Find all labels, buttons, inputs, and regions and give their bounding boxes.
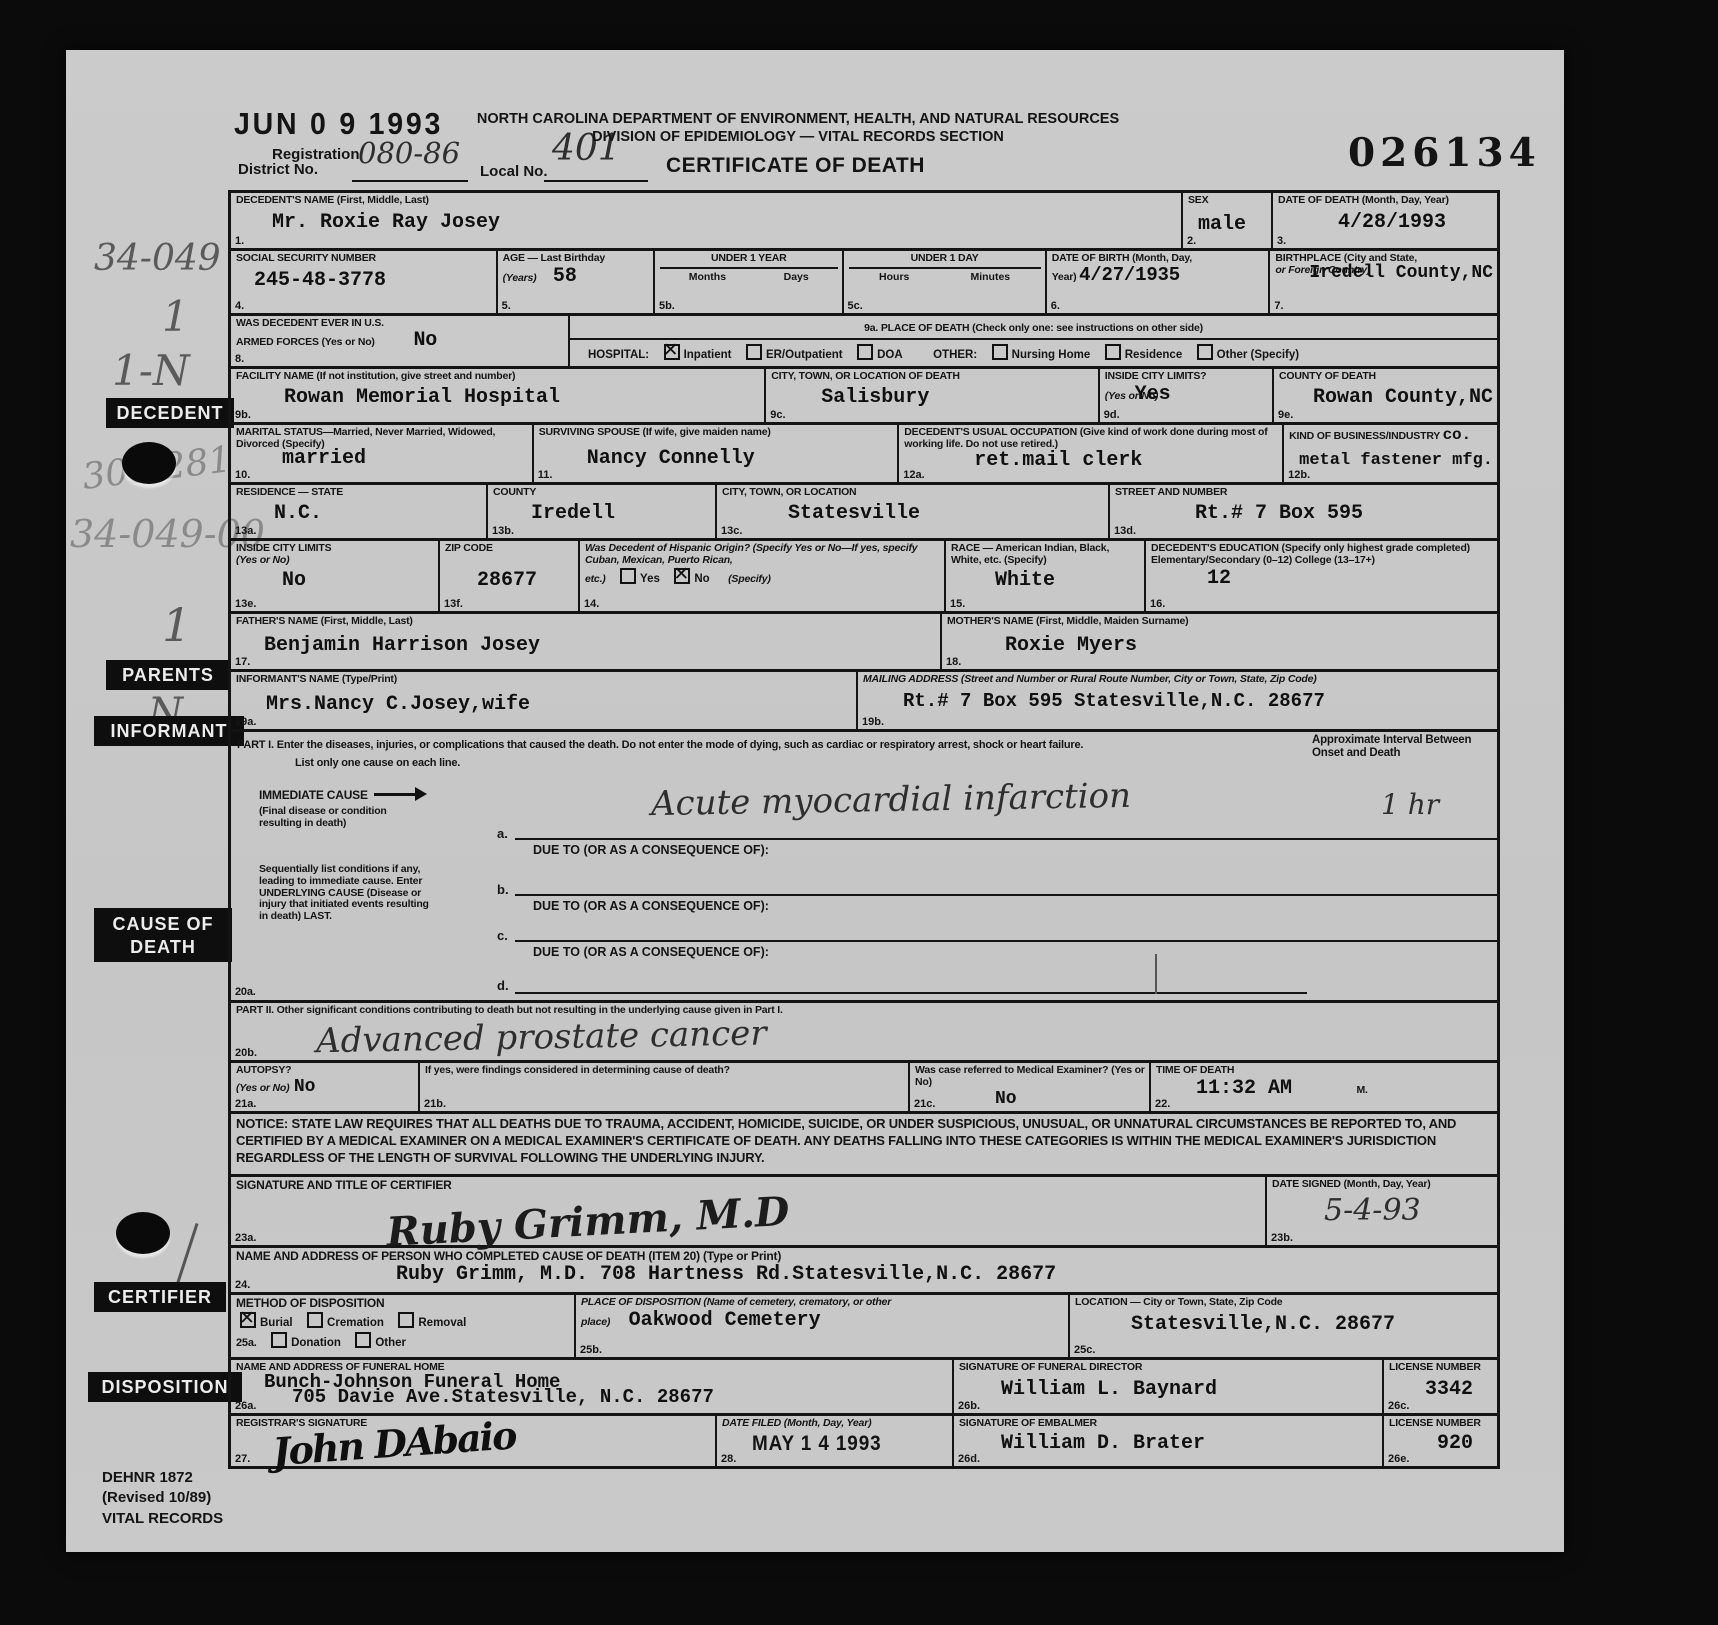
completed-by-value: Ruby Grimm, M.D. 708 Hartness Rd.Statesv… [396,1263,1493,1286]
field-zip-code: ZIP CODE 28677 13f. [438,541,578,611]
section-label-certifier: CERTIFIER [94,1282,226,1312]
field-age: AGE — Last Birthday (Years) 58 5. [496,251,653,313]
field-place-of-death: 9a. PLACE OF DEATH (Check only one: see … [568,316,1497,366]
removal-checkbox [398,1312,414,1328]
section-label-parents: PARENTS [106,660,230,690]
age-value: 58 [553,265,577,288]
mother-name-value: Roxie Myers [1005,634,1493,657]
field-city-of-death: CITY, TOWN, OR LOCATION OF DEATH Salisbu… [764,369,1098,422]
stray-pen-mark [1155,954,1157,994]
field-race: RACE — American Indian, Black, White, et… [944,541,1144,611]
field-armed-forces: WAS DECEDENT EVER IN U.S. ARMED FORCES (… [231,316,568,366]
field-mailing-address: MAILING ADDRESS (Street and Number or Ru… [856,672,1497,729]
field-decedent-name: DECEDENT'S NAME (First, Middle, Last) Mr… [231,193,1181,248]
death-city-limits-value: Yes [1135,383,1171,406]
funeral-director-value: William L. Baynard [1001,1378,1378,1401]
ssn-value: 245-48-3778 [254,269,492,292]
interval-a-value: 1 hr [1381,788,1439,821]
arrow-icon [374,793,416,796]
residence-city-value: Statesville [788,502,1104,525]
local-number-label: Local No. [480,163,548,180]
field-completed-by: NAME AND ADDRESS OF PERSON WHO COMPLETED… [231,1248,1497,1292]
field-part2: PART II. Other significant conditions co… [231,1003,1497,1060]
field-hispanic-origin: Was Decedent of Hispanic Origin? (Specif… [578,541,944,611]
decedent-name-value: Mr. Roxie Ray Josey [272,211,1177,234]
embalmer-license-value: 920 [1437,1432,1493,1455]
form-number: DEHNR 1872 [102,1468,223,1488]
part1-header: PART I. Enter the diseases, injuries, or… [237,739,1083,751]
burial-checkbox [240,1312,256,1328]
field-sex: SEX male 2. [1181,193,1271,248]
field-director-license: LICENSE NUMBER 3342 26c. [1382,1360,1497,1413]
field-autopsy: AUTOPSY? (Yes or No) No 21a. [231,1063,418,1111]
doa-checkbox [857,344,873,360]
section-label-decedent: DECEDENT [106,398,234,428]
sex-value: male [1198,213,1267,236]
margin-handwriting-34049: 34-049 [94,238,221,279]
field-birthplace: BIRTHPLACE (City and State, or Foreign C… [1268,251,1497,313]
disposition-location-value: Statesville,N.C. 28677 [1131,1313,1493,1336]
field-date-signed: DATE SIGNED (Month, Day, Year) 5-4-93 23… [1265,1177,1497,1245]
field-findings: If yes, were findings considered in dete… [418,1063,908,1111]
field-street-number: STREET AND NUMBER Rt.# 7 Box 595 13d. [1108,485,1497,538]
field-informant-name: INFORMANT'S NAME (Type/Print) Mrs.Nancy … [231,672,856,729]
birthplace-value: Iredell County,NC [1309,263,1493,283]
department-line1: NORTH CAROLINA DEPARTMENT OF ENVIRONMENT… [418,110,1178,128]
education-value: 12 [1207,567,1493,590]
date-signed-value: 5-4-93 [1324,1193,1493,1228]
field-education: DECEDENT'S EDUCATION (Specify only highe… [1144,541,1497,611]
other-disposition-checkbox [355,1332,371,1348]
field-occupation: DECEDENT'S USUAL OCCUPATION (Give kind o… [897,425,1282,482]
informant-name-value: Mrs.Nancy C.Josey,wife [266,693,852,716]
hole-punch-bottom [116,1212,170,1254]
street-number-value: Rt.# 7 Box 595 [1195,502,1493,525]
industry-overflow: co. [1443,426,1471,444]
form-revised: (Revised 10/89) [102,1488,223,1508]
certificate-paper: JUN 0 9 1993 Registration District No. 0… [66,50,1564,1552]
autopsy-value: No [294,1077,316,1097]
field-mother-name: MOTHER'S NAME (First, Middle, Maiden Sur… [940,614,1497,669]
field-medical-examiner: Was case referred to Medical Examiner? (… [908,1063,1149,1111]
field-surviving-spouse: SURVIVING SPOUSE (If wife, give maiden n… [532,425,898,482]
armed-forces-value: No [413,329,437,352]
hole-punch-top [122,442,176,484]
cause-line-d [515,992,1307,994]
district-number-label: District No. [238,161,318,178]
field-under-1-day: UNDER 1 DAY Hours Minutes 5c. [842,251,1045,313]
cause-line-a [515,838,1307,840]
department-heading: NORTH CAROLINA DEPARTMENT OF ENVIRONMENT… [418,110,1178,146]
er-outpatient-checkbox [746,344,762,360]
field-father-name: FATHER'S NAME (First, Middle, Last) Benj… [231,614,940,669]
time-of-death-value: 11:32 AM [1196,1077,1292,1100]
part1-immediate-cause-label: IMMEDIATE CAUSE (Final disease or condit… [259,786,489,830]
field-embalmer-license: LICENSE NUMBER 920 26e. [1382,1416,1497,1466]
notice-text: NOTICE: STATE LAW REQUIRES THAT ALL DEAT… [236,1116,1493,1167]
field-certifier-signature: SIGNATURE AND TITLE OF CERTIFIER Ruby Gr… [231,1177,1265,1245]
date-of-birth-value: 4/27/1935 [1079,264,1180,286]
field-ssn: SOCIAL SECURITY NUMBER 245-48-3778 4. [231,251,496,313]
certifier-signature-value: Ruby Grimm, M.D [385,1164,1261,1257]
date-filed-value: MAY 1 4 1993 [752,1432,928,1456]
cause-line-b [515,894,1307,896]
field-facility-name: FACILITY NAME (If not institution, give … [231,369,764,422]
part1-number: 20a. [235,986,256,998]
mailing-address-value: Rt.# 7 Box 595 Statesville,N.C. 28677 [903,690,1493,712]
certificate-form: DECEDENT'S NAME (First, Middle, Last) Mr… [228,190,1500,1469]
place-of-disposition-value: Oakwood Cemetery [629,1309,821,1332]
part1-sequential-label: Sequentially list conditions if any, lea… [259,864,439,923]
cause-a-value: Acute myocardial infarction [651,776,1132,824]
field-registrar-signature: REGISTRAR'S SIGNATURE John DAbaio 27. [231,1416,715,1466]
form-number-block: DEHNR 1872 (Revised 10/89) VITAL RECORDS [102,1468,223,1529]
county-of-death-value: Rowan County,NC [1313,386,1493,409]
inpatient-checkbox [664,344,680,360]
field-method-of-disposition: METHOD OF DISPOSITION Burial Cremation R… [231,1295,574,1357]
field-place-of-disposition: PLACE OF DISPOSITION (Name of cemetery, … [574,1295,1068,1357]
field-under-1-year: UNDER 1 YEAR Months Days 5b. [653,251,842,313]
margin-handwriting-1b: 1 [162,598,191,652]
field-death-city-limits: INSIDE CITY LIMITS? (Yes or No) Yes 9d. [1098,369,1272,422]
field-residence-city-limits: INSIDE CITY LIMITS (Yes or No) No 13e. [231,541,438,611]
time-of-death-suffix: M. [1356,1084,1367,1096]
marital-status-value: married [282,447,528,470]
certificate-number: 026134 [1348,130,1541,176]
hispanic-yes-checkbox [620,568,636,584]
vital-records: VITAL RECORDS [102,1509,223,1529]
field-funeral-director: SIGNATURE OF FUNERAL DIRECTOR William L.… [952,1360,1382,1413]
interval-label: Approximate Interval Between Onset and D… [1312,734,1493,760]
cause-line-c [515,940,1307,942]
field-industry: KIND OF BUSINESS/INDUSTRY co. metal fast… [1282,425,1497,482]
pen-stroke [176,1223,198,1283]
residence-state-value: N.C. [274,502,482,525]
section-label-disposition: DISPOSITION [88,1372,242,1402]
medical-examiner-value: No [995,1089,1145,1109]
field-marital-status: MARITAL STATUS—Married, Never Married, W… [231,425,532,482]
margin-handwriting-1a: 1 [162,292,189,341]
margin-handwriting-1n: 1-N [112,346,190,395]
field-residence-city: CITY, TOWN, OR LOCATION Statesville 13c. [715,485,1108,538]
hospital-label: HOSPITAL: [588,349,649,361]
part1-interval-column: Approximate Interval Between Onset and D… [1307,732,1497,1000]
field-embalmer: SIGNATURE OF EMBALMER William D. Brater … [952,1416,1382,1466]
residence-county-value: Iredell [531,502,711,525]
section-label-informant: INFORMANT [94,716,244,746]
part1-header2: List only one cause on each line. [295,757,460,769]
city-of-death-value: Salisbury [821,386,1094,409]
hispanic-no-checkbox [674,568,690,584]
cremation-checkbox [307,1312,323,1328]
section-label-cause-of-death: CAUSE OF DEATH [94,908,232,962]
field-disposition-location: LOCATION — City or Town, State, Zip Code… [1068,1295,1497,1357]
district-underline [352,180,468,182]
father-name-value: Benjamin Harrison Josey [264,634,936,657]
form-title: CERTIFICATE OF DEATH [666,154,925,178]
date-of-death-value: 4/28/1993 [1338,211,1493,234]
field-date-of-birth: DATE OF BIRTH (Month, Day, Year) 4/27/19… [1045,251,1269,313]
occupation-value: ret.mail clerk [974,449,1278,472]
industry-value: metal fastener mfg. [1299,451,1493,470]
race-value: White [995,569,1140,592]
notice-block: NOTICE: STATE LAW REQUIRES THAT ALL DEAT… [231,1114,1497,1174]
field-funeral-home: NAME AND ADDRESS OF FUNERAL HOME Bunch-J… [231,1360,952,1413]
residence-checkbox [1105,344,1121,360]
zip-code-value: 28677 [477,569,574,592]
residence-city-limits-value: No [282,569,434,592]
director-license-value: 3342 [1425,1378,1493,1401]
field-date-of-death: DATE OF DEATH (Month, Day, Year) 4/28/19… [1271,193,1497,248]
department-line2: DIVISION OF EPIDEMIOLOGY — VITAL RECORDS… [418,128,1178,146]
field-residence-state: RESIDENCE — STATE N.C. 13a. [231,485,486,538]
donation-checkbox [271,1332,287,1348]
field-residence-county: COUNTY Iredell 13b. [486,485,715,538]
field-time-of-death: TIME OF DEATH 11:32 AM M. 22. [1149,1063,1497,1111]
other-label: OTHER: [933,349,977,361]
facility-name-value: Rowan Memorial Hospital [284,386,760,409]
other-specify-checkbox [1197,344,1213,360]
part1-main: PART I. Enter the diseases, injuries, or… [231,732,1307,1000]
embalmer-value: William D. Brater [1001,1432,1378,1455]
nursing-home-checkbox [992,344,1008,360]
local-underline [544,180,648,182]
field-date-filed: DATE FILED (Month, Day, Year) MAY 1 4 19… [715,1416,952,1466]
surviving-spouse-value: Nancy Connelly [587,447,894,470]
field-county-of-death: COUNTY OF DEATH Rowan County,NC 9e. [1272,369,1497,422]
